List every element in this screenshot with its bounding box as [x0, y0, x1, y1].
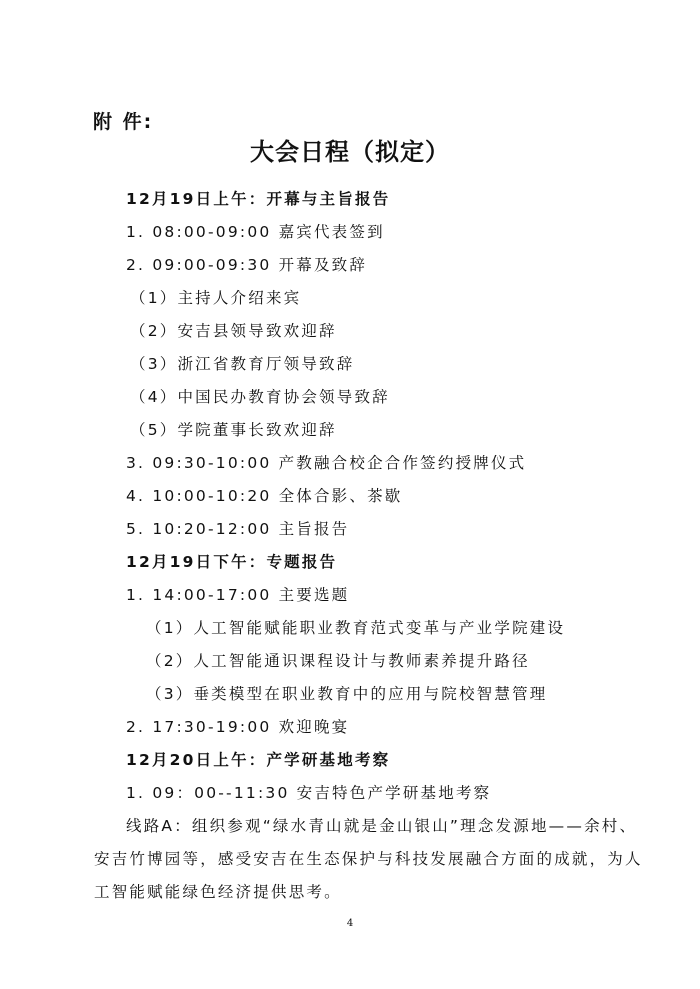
- schedule-subitem: （4）中国民办教育协会领导致辞: [130, 387, 390, 407]
- topic-item: （3）垂类模型在职业教育中的应用与院校智慧管理: [146, 684, 547, 704]
- document-page: 附 件: 大会日程（拟定） 12月19日上午：开幕与主旨报告 1. 08:00-…: [0, 0, 700, 989]
- route-a-paragraph-line: 线路A：组织参观“绿水青山就是金山银山”理念发源地——余村、: [126, 816, 637, 836]
- schedule-subitem: （3）浙江省教育厅领导致辞: [130, 354, 354, 374]
- schedule-item: 3. 09:30-10:00 产教融合校企合作签约授牌仪式: [126, 453, 526, 473]
- attachment-label: 附 件:: [93, 107, 153, 134]
- schedule-item: 1. 08:00-09:00 嘉宾代表签到: [126, 222, 385, 242]
- page-title: 大会日程（拟定）: [0, 132, 700, 167]
- route-a-paragraph-line: 工智能赋能绿色经济提供思考。: [94, 882, 342, 902]
- schedule-subitem: （2）安吉县领导致欢迎辞: [130, 321, 337, 341]
- schedule-subitem: （1）主持人介绍来宾: [130, 288, 301, 308]
- schedule-item: 2. 09:00-09:30 开幕及致辞: [126, 255, 367, 275]
- section-heading-dec19-am: 12月19日上午：开幕与主旨报告: [126, 189, 390, 209]
- schedule-item: 5. 10:20-12:00 主旨报告: [126, 519, 349, 539]
- schedule-subitem: （5）学院董事长致欢迎辞: [130, 420, 337, 440]
- schedule-item: 1. 09：00--11:30 安吉特色产学研基地考察: [126, 783, 491, 803]
- page-number: 4: [0, 918, 700, 929]
- topic-item: （1）人工智能赋能职业教育范式变革与产业学院建设: [146, 618, 565, 638]
- route-a-paragraph-line: 安吉竹博园等，感受安吉在生态保护与科技发展融合方面的成就，为人: [94, 849, 643, 869]
- section-heading-dec20-am: 12月20日上午：产学研基地考察: [126, 750, 390, 770]
- topic-item: （2）人工智能通识课程设计与教师素养提升路径: [146, 651, 530, 671]
- schedule-item: 4. 10:00-10:20 全体合影、茶歇: [126, 486, 402, 506]
- schedule-item: 1. 14:00-17:00 主要选题: [126, 585, 349, 605]
- section-heading-dec19-pm: 12月19日下午：专题报告: [126, 552, 337, 572]
- schedule-item: 2. 17:30-19:00 欢迎晚宴: [126, 717, 349, 737]
